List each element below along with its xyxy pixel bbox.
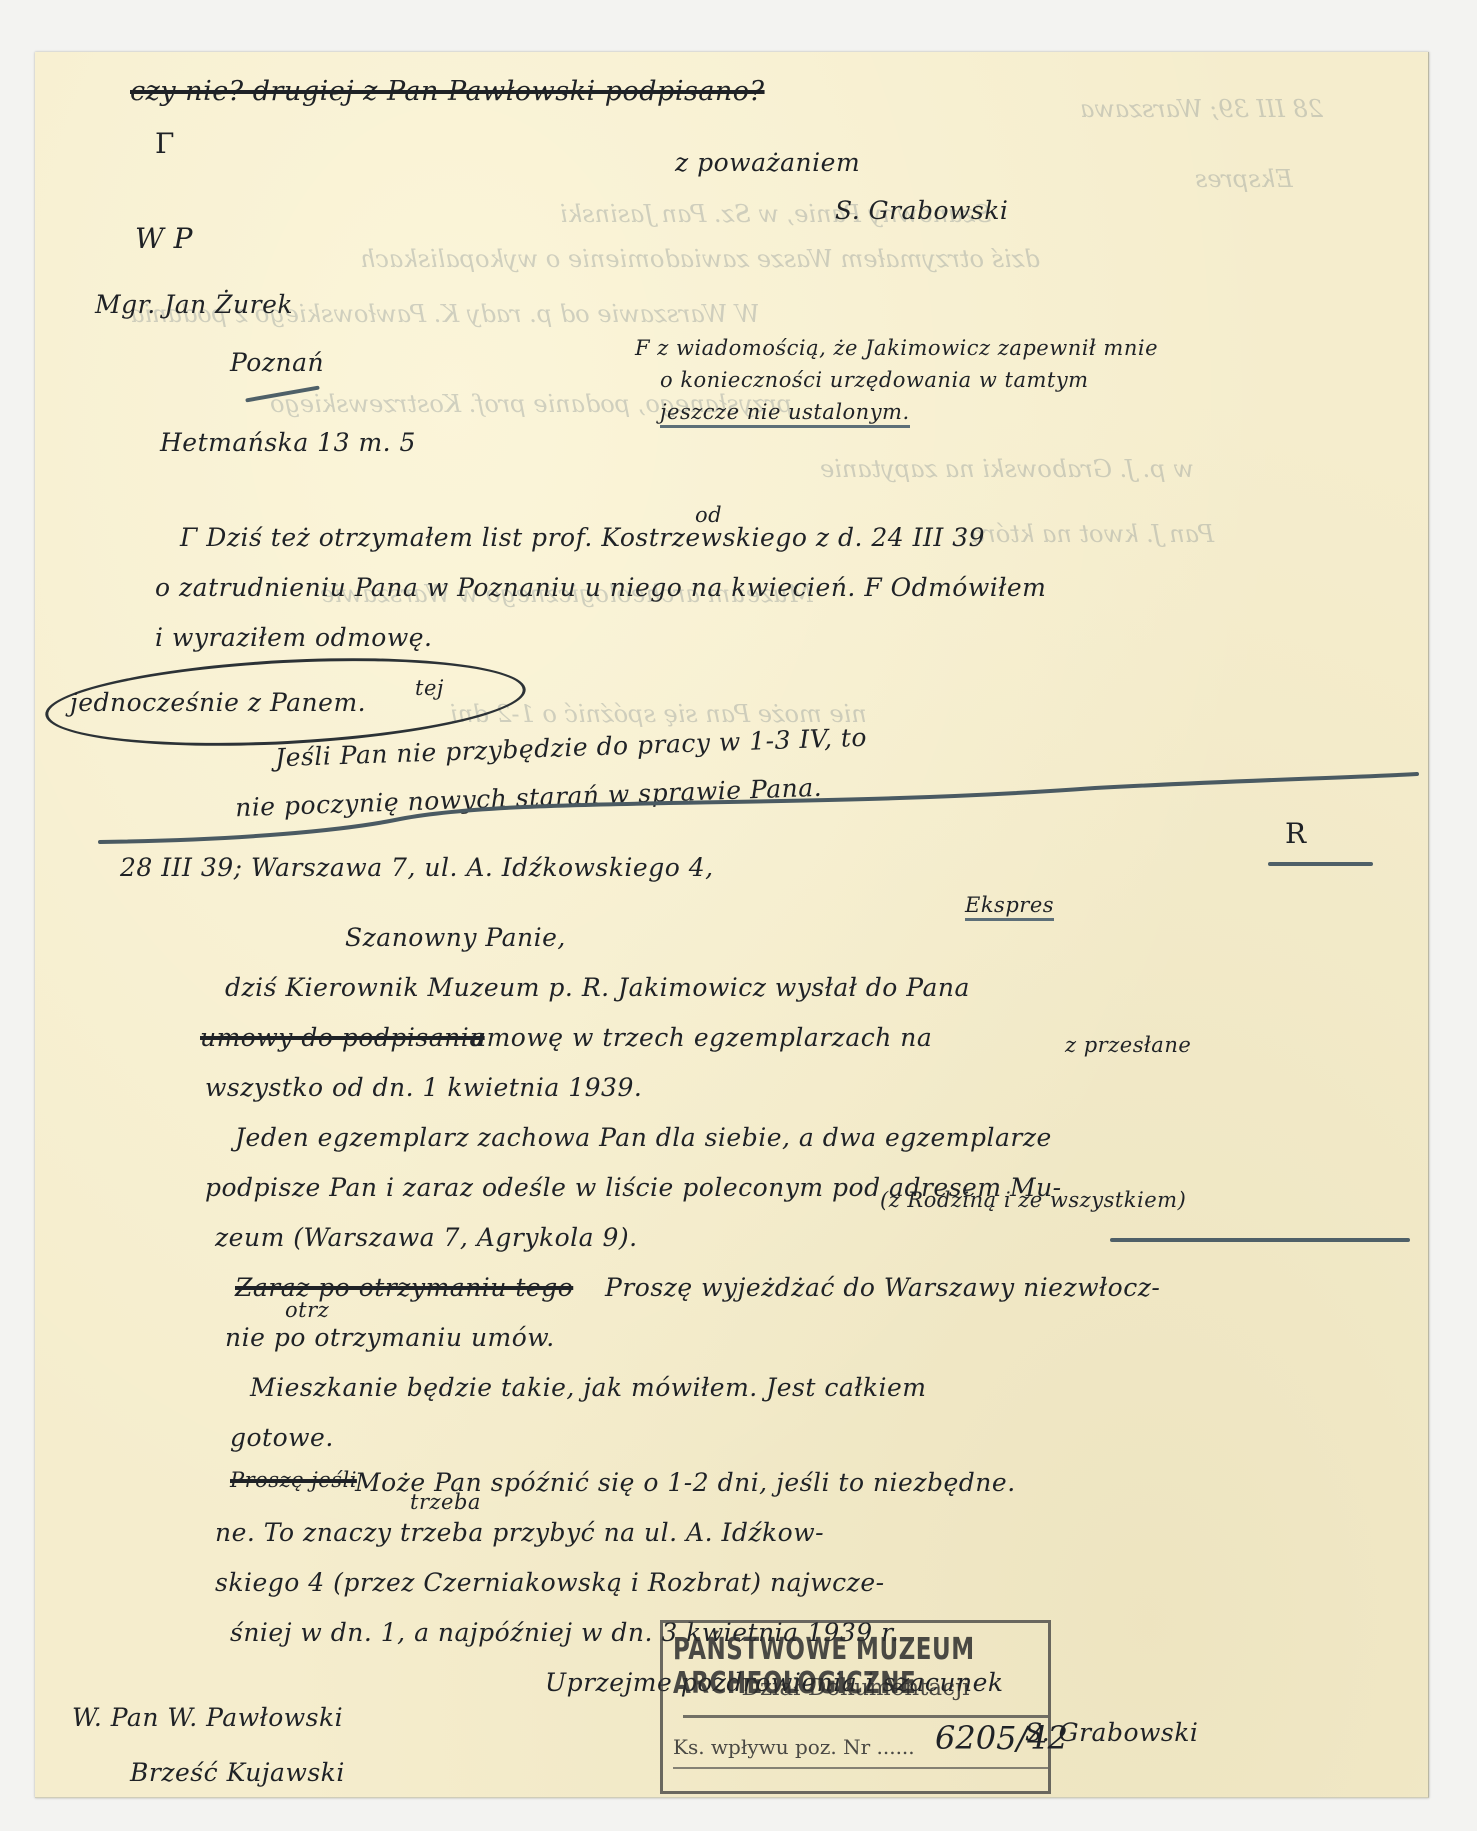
letter-line: ne. To znaczy trzeba przybyć na ul. A. I… [215, 1520, 824, 1545]
letter-line: Proszę wyjeżdżać do Warszawy niezwłocz- [605, 1275, 1160, 1300]
letter-line: gotowe. [230, 1425, 334, 1450]
letter-line: nie po otrzymaniu umów. [225, 1325, 555, 1350]
letter-line: wszystko od dn. 1 kwietnia 1939. [205, 1075, 642, 1100]
cc-line: W. Pan W. Pawłowski [72, 1705, 343, 1730]
salutation-abbrev: W P [135, 225, 193, 253]
bleed-through-text: Pan J. kwot na którą [970, 520, 1214, 548]
r-mark: R [1285, 820, 1307, 848]
stamp-register-number: 6205/42 [935, 1719, 1068, 1757]
letter-line: zeum (Warszawa 7, Agrykola 9). [215, 1225, 638, 1250]
letter-line: umowę w trzech egzemplarzach na [470, 1025, 932, 1050]
stamp-register-label: Ks. wpływu poz. Nr ...... [673, 1735, 915, 1759]
bleed-through-text: 28 III 39; Warszawa [1080, 95, 1323, 123]
paragraph-line: i wyraziłem odmowę. [155, 625, 433, 650]
struck-header-line: czy nie? drugiej z Pan Pawłowski podpisa… [130, 78, 765, 105]
dateline: 28 III 39; Warszawa 7, ul. A. Idźkowskie… [120, 855, 714, 880]
stamp-department: Dział Dokumentacji [663, 1675, 1048, 1701]
paragraph-line: o zatrudnieniu Pana w Poznaniu u niego n… [155, 575, 1046, 600]
signature-top: S. Grabowski [835, 198, 1008, 223]
insert-note: (z Rodziną i ze wszystkiem) [880, 1190, 1186, 1211]
cc-line: Brześć Kujawski [130, 1760, 345, 1785]
ekspres-label: Ekspres [965, 895, 1054, 921]
greeting: Szanowny Panie, [345, 925, 566, 950]
insert-word: tej [415, 678, 444, 699]
underline-stroke [1268, 862, 1373, 866]
underline-stroke [1110, 1238, 1410, 1242]
stamp-separator [683, 1715, 1048, 1718]
struck-fragment: umowy do podpisania [200, 1025, 485, 1050]
letter-line: Jeden egzemplarz zachowa Pan dla siebie,… [235, 1125, 1052, 1150]
divider-line [95, 770, 1425, 850]
paragraph-line: Γ Dziś też otrzymałem list prof. Kostrze… [180, 525, 985, 550]
insert-note: otrz [285, 1300, 329, 1321]
addressee-city: Poznań [230, 350, 324, 375]
addressee-street: Hetmańska 13 m. 5 [160, 430, 416, 455]
struck-fragment: Proszę jeśli [230, 1470, 357, 1491]
closing-phrase: z poważaniem [675, 150, 860, 175]
struck-fragment: Zaraz po otrzymaniu tego [235, 1275, 573, 1300]
side-note-line: o konieczności urzędowania w tamtym [660, 370, 1089, 391]
insert-note: z przesłane [1065, 1035, 1191, 1056]
corner-mark: Γ [155, 130, 175, 158]
museum-stamp: PAŃSTWOWE MUZEUM ARCHEOLOGICZNE Dział Do… [660, 1620, 1051, 1794]
bleed-through-text: w p. J. Grabowski na zapytanie [820, 455, 1194, 483]
circled-note: jednocześnie z Panem. [70, 690, 366, 715]
bleed-through-text: dziś otrzymałem Wasze zawiadomienie o wy… [360, 245, 1040, 273]
stamp-separator [673, 1767, 1048, 1769]
bleed-through-text: Ekspres [1195, 165, 1293, 193]
side-note-line: F z wiadomością, że Jakimowicz zapewnił … [635, 338, 1158, 359]
insert-note: trzeba [410, 1492, 481, 1513]
addressee-name: Mgr. Jan Żurek [95, 292, 293, 317]
letter-line: skiego 4 (przez Czerniakowską i Rozbrat)… [215, 1570, 885, 1595]
side-note-line: jeszcze nie ustalonym. [660, 402, 910, 428]
letter-line: Mieszkanie będzie takie, jak mówiłem. Je… [250, 1375, 926, 1400]
letter-line: dziś Kierownik Muzeum p. R. Jakimowicz w… [225, 975, 970, 1000]
